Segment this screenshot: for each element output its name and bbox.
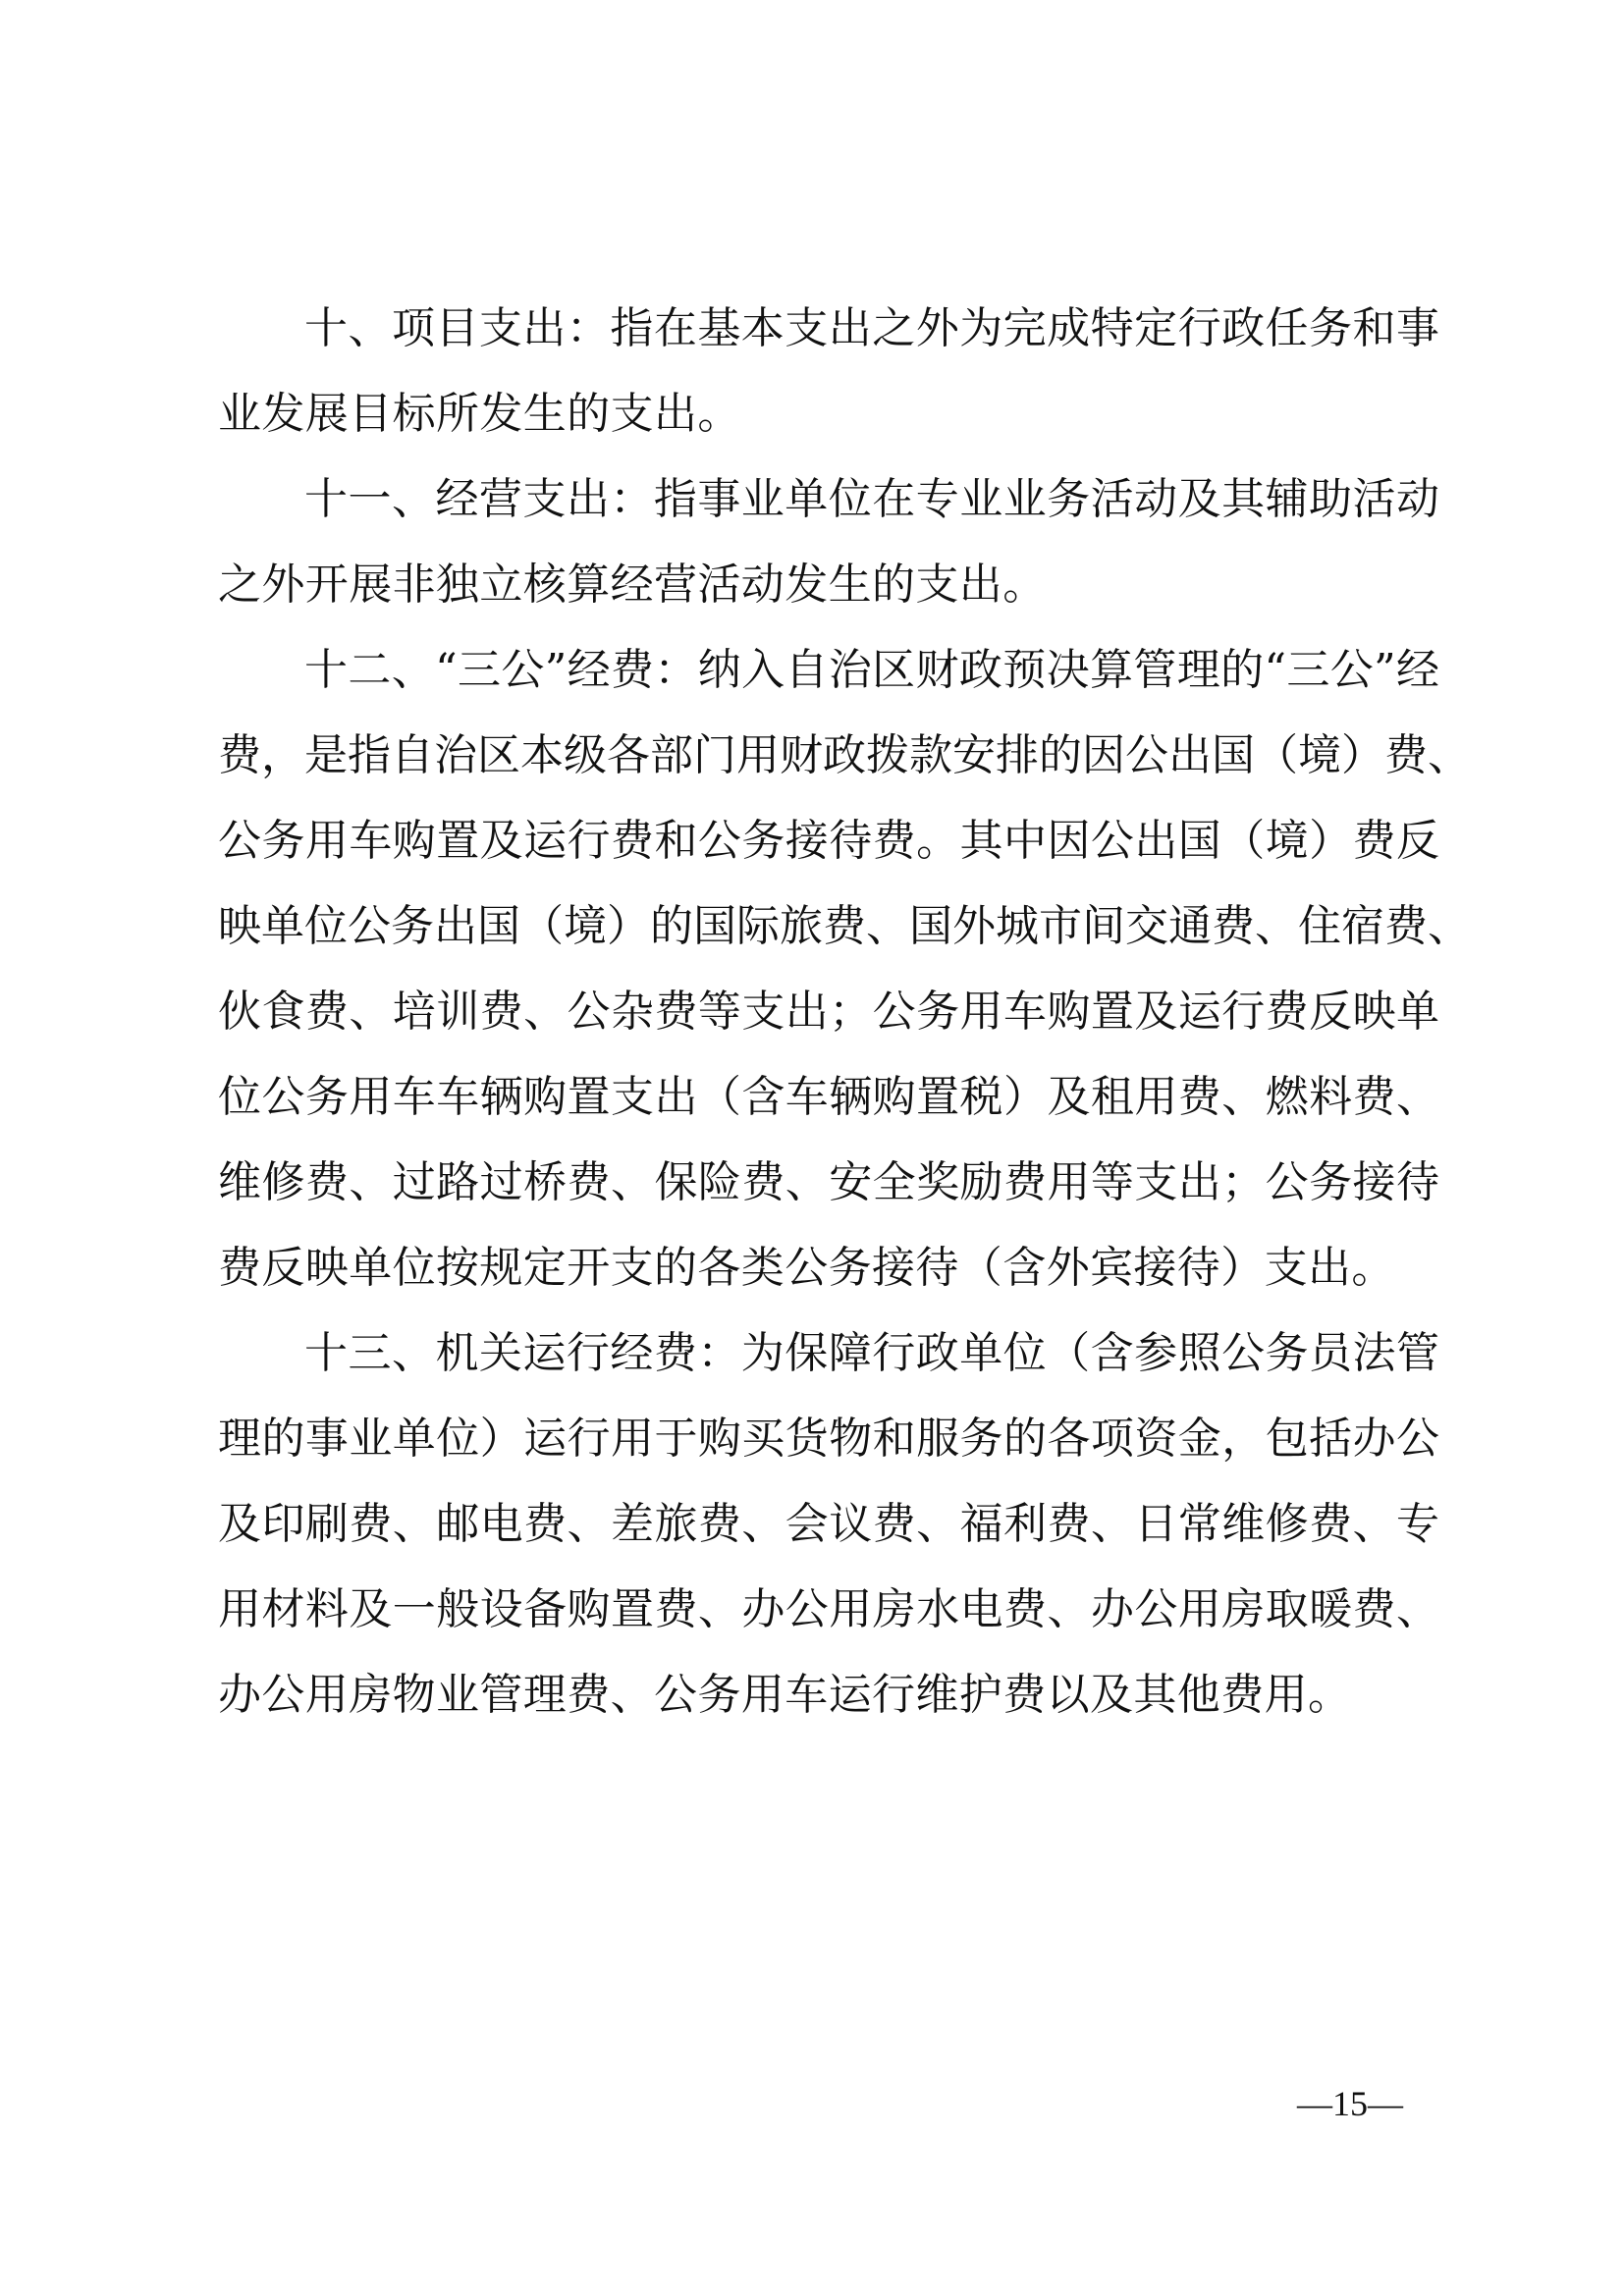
text-line: 业发展目标所发生的支出。 [218, 371, 1439, 456]
text-line: 伙食费、培训费、公杂费等支出；公务用车购置及运行费反映单 [218, 969, 1439, 1054]
page-number: —15— [1288, 2079, 1412, 2128]
paragraph-item-11: 十一、经营支出：指事业单位在专业业务活动及其辅助活动 之外开展非独立核算经营活动… [218, 456, 1439, 627]
paragraph-item-13: 十三、机关运行经费：为保障行政单位（含参照公务员法管 理的事业单位）运行用于购买… [218, 1310, 1439, 1737]
text-line: 映单位公务出国（境）的国际旅费、国外城市间交通费、住宿费、 [218, 883, 1439, 969]
text-line: 之外开展非独立核算经营活动发生的支出。 [218, 542, 1439, 627]
text-line: 办公用房物业管理费、公务用车运行维护费以及其他费用。 [218, 1652, 1439, 1737]
text-line: 十、项目支出：指在基本支出之外为完成特定行政任务和事 [218, 286, 1439, 371]
text-line: 费，是指自治区本级各部门用财政拨款安排的因公出国（境）费、 [218, 713, 1439, 798]
body-text: 十、项目支出：指在基本支出之外为完成特定行政任务和事 业发展目标所发生的支出。 … [218, 286, 1439, 1737]
document-page: 十、项目支出：指在基本支出之外为完成特定行政任务和事 业发展目标所发生的支出。 … [0, 0, 1624, 2296]
text-line: 十二、“三公”经费：纳入自治区财政预决算管理的“三公”经 [218, 627, 1439, 713]
text-line: 理的事业单位）运行用于购买货物和服务的各项资金，包括办公 [218, 1396, 1439, 1481]
text-line: 位公务用车车辆购置支出（含车辆购置税）及租用费、燃料费、 [218, 1054, 1439, 1140]
text-line: 用材料及一般设备购置费、办公用房水电费、办公用房取暖费、 [218, 1567, 1439, 1652]
text-line: 十三、机关运行经费：为保障行政单位（含参照公务员法管 [218, 1310, 1439, 1396]
text-line: 费反映单位按规定开支的各类公务接待（含外宾接待）支出。 [218, 1225, 1439, 1310]
text-line: 十一、经营支出：指事业单位在专业业务活动及其辅助活动 [218, 456, 1439, 542]
text-line: 公务用车购置及运行费和公务接待费。其中因公出国（境）费反 [218, 798, 1439, 883]
paragraph-item-12: 十二、“三公”经费：纳入自治区财政预决算管理的“三公”经 费，是指自治区本级各部… [218, 627, 1439, 1310]
paragraph-item-10: 十、项目支出：指在基本支出之外为完成特定行政任务和事 业发展目标所发生的支出。 [218, 286, 1439, 456]
text-line: 维修费、过路过桥费、保险费、安全奖励费用等支出；公务接待 [218, 1140, 1439, 1225]
text-line: 及印刷费、邮电费、差旅费、会议费、福利费、日常维修费、专 [218, 1481, 1439, 1567]
